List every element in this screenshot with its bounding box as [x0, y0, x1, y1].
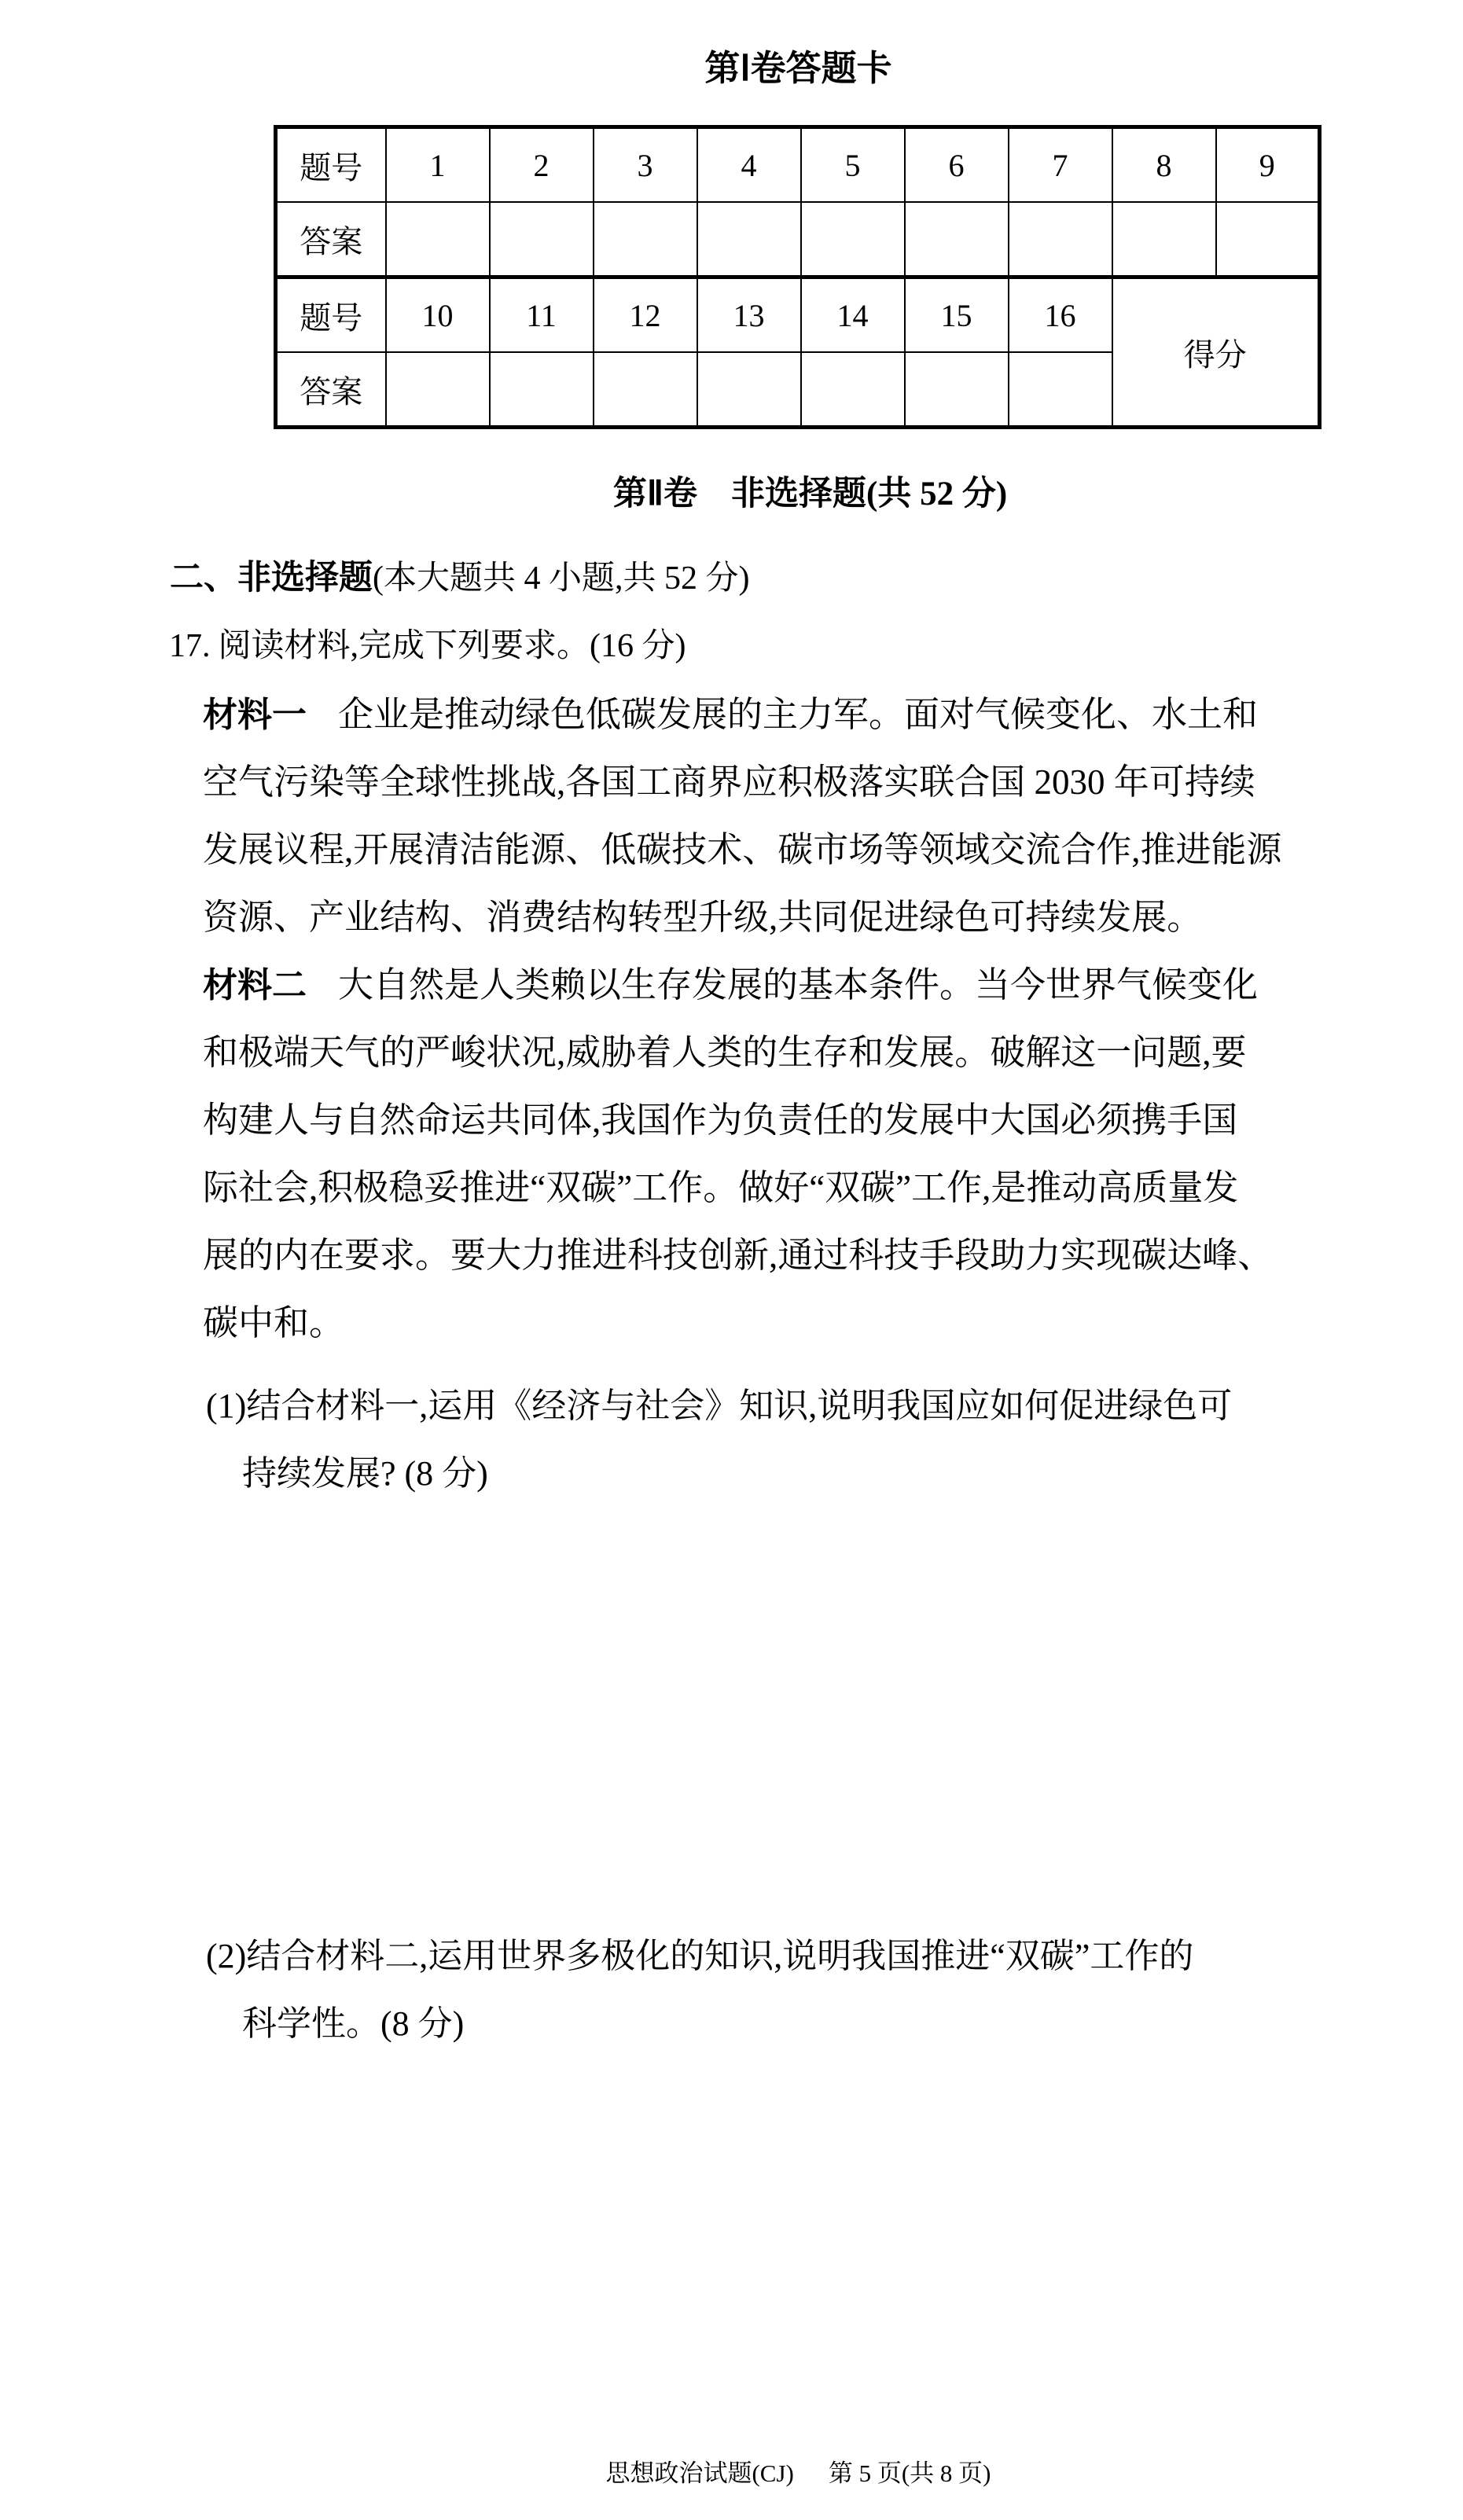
- answer-cell: [1112, 202, 1216, 277]
- row-label: 答案: [276, 202, 386, 277]
- answer-cell: [490, 352, 594, 428]
- part2-heading-bold: 二、非选择题: [170, 559, 373, 597]
- material-1-label: 材料一: [203, 696, 307, 734]
- table-row-qnum-10-16: 题号 10 11 12 13 14 15 16 得分: [276, 277, 1320, 353]
- answer-cell: [1216, 202, 1320, 277]
- material-line: 材料一企业是推动绿色低碳发展的主力军。面对气候变化、水土和: [203, 681, 1463, 748]
- exam-page: { "page_title": "第Ⅰ卷答题卡", "answer_table"…: [0, 0, 1463, 2520]
- page-footer: 思想政治试题(CJ)第 5 页(共 8 页): [0, 2453, 1463, 2489]
- footer-exam-name: 思想政治试题(CJ): [605, 2459, 793, 2487]
- sub-question-1: (1)结合材料一,运用《经济与社会》知识,说明我国应如何促进绿色可 持续发展? …: [206, 1372, 1463, 1508]
- footer-page-number: 第 5 页(共 8 页): [829, 2459, 991, 2487]
- material-text: 企业是推动绿色低碳发展的主力军。面对气候变化、水土和: [338, 695, 1258, 734]
- sub-question-line: 持续发展? (8 分): [242, 1440, 1463, 1508]
- sub-question-line: (1)结合材料一,运用《经济与社会》知识,说明我国应如何促进绿色可: [206, 1372, 1463, 1440]
- material-line: 碳中和。: [203, 1289, 1463, 1357]
- answer-cell: [386, 352, 490, 428]
- qnum-cell: 16: [1009, 277, 1112, 353]
- answer-cell: [801, 352, 905, 428]
- section2-title-points: (共 52 分): [866, 476, 1007, 512]
- sub-question-1-text: 结合材料一,运用《经济与社会》知识,说明我国应如何促进绿色可: [246, 1387, 1232, 1425]
- answer-cell: [594, 202, 697, 277]
- material-line: 构建人与自然命运共同体,我国作为负责任的发展中大国必须携手国: [203, 1086, 1463, 1154]
- table-row-answer-1-9: 答案: [276, 202, 1320, 277]
- answer-cell: [905, 352, 1009, 428]
- row-label: 题号: [276, 127, 386, 203]
- qnum-cell: 1: [386, 127, 490, 203]
- material-line: 展的内在要求。要大力推进科技创新,通过科技手段助力实现碳达峰、: [203, 1221, 1463, 1289]
- row-label: 答案: [276, 352, 386, 428]
- answer-cell: [801, 202, 905, 277]
- sub-question-2: (2)结合材料二,运用世界多极化的知识,说明我国推进“双碳”工作的 科学性。(8…: [206, 1923, 1463, 2058]
- qnum-cell: 10: [386, 277, 490, 353]
- qnum-cell: 2: [490, 127, 594, 203]
- material-line: 发展议程,开展清洁能源、低碳技术、碳市场等领域交流合作,推进能源: [203, 816, 1463, 883]
- material-line: 材料二大自然是人类赖以生存发展的基本条件。当今世界气候变化: [203, 951, 1463, 1019]
- answer-blank-area-1: [0, 1508, 1463, 1923]
- question-17-stem: 17.阅读材料,完成下列要求。(16 分): [169, 619, 1463, 667]
- qnum-cell: 13: [697, 277, 801, 353]
- qnum-cell: 3: [594, 127, 697, 203]
- qnum-cell: 12: [594, 277, 697, 353]
- answer-cell: [386, 202, 490, 277]
- qnum-cell: 4: [697, 127, 801, 203]
- qnum-cell: 5: [801, 127, 905, 203]
- score-box: 得分: [1112, 277, 1320, 428]
- answer-cell: [697, 202, 801, 277]
- answer-cell: [697, 352, 801, 428]
- sub-question-2-marker: (2): [206, 1937, 246, 1975]
- qnum-cell: 6: [905, 127, 1009, 203]
- qnum-cell: 15: [905, 277, 1009, 353]
- sub-question-line: 科学性。(8 分): [242, 1990, 1463, 2058]
- qnum-cell: 9: [1216, 127, 1320, 203]
- question-17-text: 阅读材料,完成下列要求。(16 分): [219, 628, 686, 664]
- table-row-qnum-1-9: 题号 1 2 3 4 5 6 7 8 9: [276, 127, 1320, 203]
- material-2-paragraph: 材料二大自然是人类赖以生存发展的基本条件。当今世界气候变化 和极端天气的严峻状况…: [203, 951, 1463, 1357]
- question-17-number: 17.: [169, 628, 211, 664]
- sub-question-1-marker: (1): [206, 1387, 246, 1425]
- answer-table: 题号 1 2 3 4 5 6 7 8 9 答案 题号 10 11 12 13 1…: [274, 125, 1321, 429]
- row-label: 题号: [276, 277, 386, 353]
- answer-cell: [594, 352, 697, 428]
- answer-cell: [1009, 352, 1112, 428]
- answer-cell: [490, 202, 594, 277]
- sub-question-2-text: 结合材料二,运用世界多极化的知识,说明我国推进“双碳”工作的: [246, 1937, 1193, 1975]
- section2-title: 第Ⅱ卷 非选择题(共 52 分): [0, 467, 1463, 515]
- part2-heading-points: (本大题共 4 小题,共 52 分): [373, 560, 749, 597]
- section2-title-main: 第Ⅱ卷 非选择题: [613, 475, 866, 512]
- qnum-cell: 8: [1112, 127, 1216, 203]
- material-line: 际社会,积极稳妥推进“双碳”工作。做好“双碳”工作,是推动高质量发: [203, 1154, 1463, 1221]
- part2-heading: 二、非选择题(本大题共 4 小题,共 52 分): [170, 551, 1463, 599]
- material-1-paragraph: 材料一企业是推动绿色低碳发展的主力军。面对气候变化、水土和 空气污染等全球性挑战…: [203, 681, 1463, 951]
- page-title: 第Ⅰ卷答题卡: [0, 39, 1463, 90]
- material-text: 大自然是人类赖以生存发展的基本条件。当今世界气候变化: [338, 965, 1258, 1005]
- material-line: 资源、产业结构、消费结构转型升级,共同促进绿色可持续发展。: [203, 883, 1463, 951]
- answer-cell: [1009, 202, 1112, 277]
- qnum-cell: 11: [490, 277, 594, 353]
- qnum-cell: 14: [801, 277, 905, 353]
- material-line: 和极端天气的严峻状况,威胁着人类的生存和发展。破解这一问题,要: [203, 1019, 1463, 1086]
- sub-question-line: (2)结合材料二,运用世界多极化的知识,说明我国推进“双碳”工作的: [206, 1923, 1463, 1990]
- material-line: 空气污染等全球性挑战,各国工商界应积极落实联合国 2030 年可持续: [203, 748, 1463, 816]
- material-2-label: 材料二: [203, 966, 307, 1005]
- qnum-cell: 7: [1009, 127, 1112, 203]
- score-label: 得分: [1113, 316, 1318, 388]
- answer-cell: [905, 202, 1009, 277]
